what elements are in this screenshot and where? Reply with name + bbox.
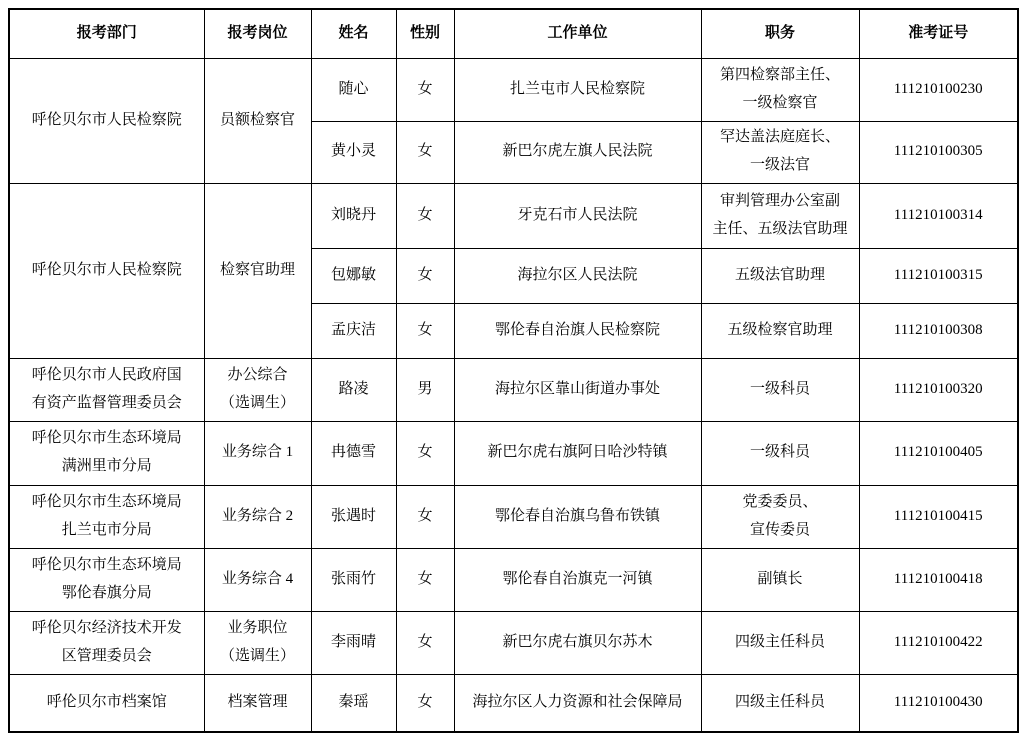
cell-unit: 海拉尔区人民法院 [454, 248, 701, 303]
cell-duty: 副镇长 [701, 548, 859, 611]
table-row: 呼伦贝尔市人民政府国 有资产监督管理委员会 办公综合 （选调生） 路凌 男 海拉… [9, 358, 1018, 421]
cell-unit: 新巴尔虎右旗阿日哈沙特镇 [454, 421, 701, 485]
cell-duty: 第四检察部主任、 一级检察官 [701, 58, 859, 121]
cell-gender: 女 [396, 485, 454, 548]
cell-gender: 男 [396, 358, 454, 421]
cell-post: 检察官助理 [204, 183, 311, 358]
header-duty: 职务 [701, 9, 859, 58]
cell-duty: 一级科员 [701, 358, 859, 421]
cell-gender: 女 [396, 183, 454, 248]
table-row: 呼伦贝尔市生态环境局 扎兰屯市分局 业务综合 2 张遇时 女 鄂伦春自治旗乌鲁布… [9, 485, 1018, 548]
cell-ticket: 111210100320 [859, 358, 1018, 421]
cell-post: 员额检察官 [204, 58, 311, 183]
cell-post: 业务职位 （选调生） [204, 611, 311, 674]
exam-roster-table: 报考部门 报考岗位 姓名 性别 工作单位 职务 准考证号 呼伦贝尔市人民检察院 … [8, 8, 1019, 733]
table-row: 呼伦贝尔市人民检察院 员额检察官 随心 女 扎兰屯市人民检察院 第四检察部主任、… [9, 58, 1018, 121]
cell-name: 路凌 [311, 358, 396, 421]
table-row: 呼伦贝尔市生态环境局 鄂伦春旗分局 业务综合 4 张雨竹 女 鄂伦春自治旗克一河… [9, 548, 1018, 611]
cell-post: 办公综合 （选调生） [204, 358, 311, 421]
cell-gender: 女 [396, 674, 454, 732]
cell-unit: 海拉尔区靠山街道办事处 [454, 358, 701, 421]
cell-name: 黄小灵 [311, 121, 396, 183]
cell-unit: 海拉尔区人力资源和社会保障局 [454, 674, 701, 732]
cell-duty: 罕达盖法庭庭长、 一级法官 [701, 121, 859, 183]
cell-gender: 女 [396, 611, 454, 674]
cell-unit: 鄂伦春自治旗乌鲁布铁镇 [454, 485, 701, 548]
cell-unit: 牙克石市人民法院 [454, 183, 701, 248]
cell-ticket: 111210100315 [859, 248, 1018, 303]
cell-unit: 鄂伦春自治旗克一河镇 [454, 548, 701, 611]
cell-duty: 审判管理办公室副 主任、五级法官助理 [701, 183, 859, 248]
header-name: 姓名 [311, 9, 396, 58]
cell-dept: 呼伦贝尔市生态环境局 扎兰屯市分局 [9, 485, 204, 548]
cell-gender: 女 [396, 303, 454, 358]
cell-ticket: 111210100308 [859, 303, 1018, 358]
table-row: 呼伦贝尔市档案馆 档案管理 秦瑶 女 海拉尔区人力资源和社会保障局 四级主任科员… [9, 674, 1018, 732]
cell-ticket: 111210100418 [859, 548, 1018, 611]
cell-ticket: 111210100422 [859, 611, 1018, 674]
cell-dept: 呼伦贝尔市生态环境局 鄂伦春旗分局 [9, 548, 204, 611]
cell-duty: 党委委员、 宣传委员 [701, 485, 859, 548]
cell-duty: 五级检察官助理 [701, 303, 859, 358]
cell-dept: 呼伦贝尔市生态环境局 满洲里市分局 [9, 421, 204, 485]
table-row: 呼伦贝尔市人民检察院 检察官助理 刘晓丹 女 牙克石市人民法院 审判管理办公室副… [9, 183, 1018, 248]
cell-gender: 女 [396, 548, 454, 611]
cell-duty: 五级法官助理 [701, 248, 859, 303]
table-row: 呼伦贝尔经济技术开发 区管理委员会 业务职位 （选调生） 李雨晴 女 新巴尔虎右… [9, 611, 1018, 674]
header-ticket: 准考证号 [859, 9, 1018, 58]
cell-duty: 一级科员 [701, 421, 859, 485]
cell-duty: 四级主任科员 [701, 611, 859, 674]
cell-name: 秦瑶 [311, 674, 396, 732]
cell-gender: 女 [396, 421, 454, 485]
cell-ticket: 111210100415 [859, 485, 1018, 548]
cell-unit: 新巴尔虎右旗贝尔苏木 [454, 611, 701, 674]
cell-ticket: 111210100305 [859, 121, 1018, 183]
cell-post: 业务综合 4 [204, 548, 311, 611]
cell-name: 包娜敏 [311, 248, 396, 303]
cell-name: 孟庆洁 [311, 303, 396, 358]
cell-name: 张雨竹 [311, 548, 396, 611]
cell-gender: 女 [396, 248, 454, 303]
cell-ticket: 111210100430 [859, 674, 1018, 732]
header-dept: 报考部门 [9, 9, 204, 58]
header-unit: 工作单位 [454, 9, 701, 58]
cell-name: 李雨晴 [311, 611, 396, 674]
header-gender: 性别 [396, 9, 454, 58]
table-row: 呼伦贝尔市生态环境局 满洲里市分局 业务综合 1 冉德雪 女 新巴尔虎右旗阿日哈… [9, 421, 1018, 485]
cell-dept: 呼伦贝尔市人民检察院 [9, 58, 204, 183]
cell-gender: 女 [396, 121, 454, 183]
cell-gender: 女 [396, 58, 454, 121]
cell-duty: 四级主任科员 [701, 674, 859, 732]
cell-ticket: 111210100230 [859, 58, 1018, 121]
cell-ticket: 111210100405 [859, 421, 1018, 485]
cell-unit: 扎兰屯市人民检察院 [454, 58, 701, 121]
cell-name: 张遇时 [311, 485, 396, 548]
cell-post: 档案管理 [204, 674, 311, 732]
cell-dept: 呼伦贝尔市人民政府国 有资产监督管理委员会 [9, 358, 204, 421]
cell-dept: 呼伦贝尔市人民检察院 [9, 183, 204, 358]
header-post: 报考岗位 [204, 9, 311, 58]
cell-dept: 呼伦贝尔市档案馆 [9, 674, 204, 732]
table-header-row: 报考部门 报考岗位 姓名 性别 工作单位 职务 准考证号 [9, 9, 1018, 58]
cell-post: 业务综合 2 [204, 485, 311, 548]
cell-name: 随心 [311, 58, 396, 121]
cell-name: 刘晓丹 [311, 183, 396, 248]
cell-post: 业务综合 1 [204, 421, 311, 485]
cell-ticket: 111210100314 [859, 183, 1018, 248]
cell-dept: 呼伦贝尔经济技术开发 区管理委员会 [9, 611, 204, 674]
cell-unit: 鄂伦春自治旗人民检察院 [454, 303, 701, 358]
cell-unit: 新巴尔虎左旗人民法院 [454, 121, 701, 183]
cell-name: 冉德雪 [311, 421, 396, 485]
